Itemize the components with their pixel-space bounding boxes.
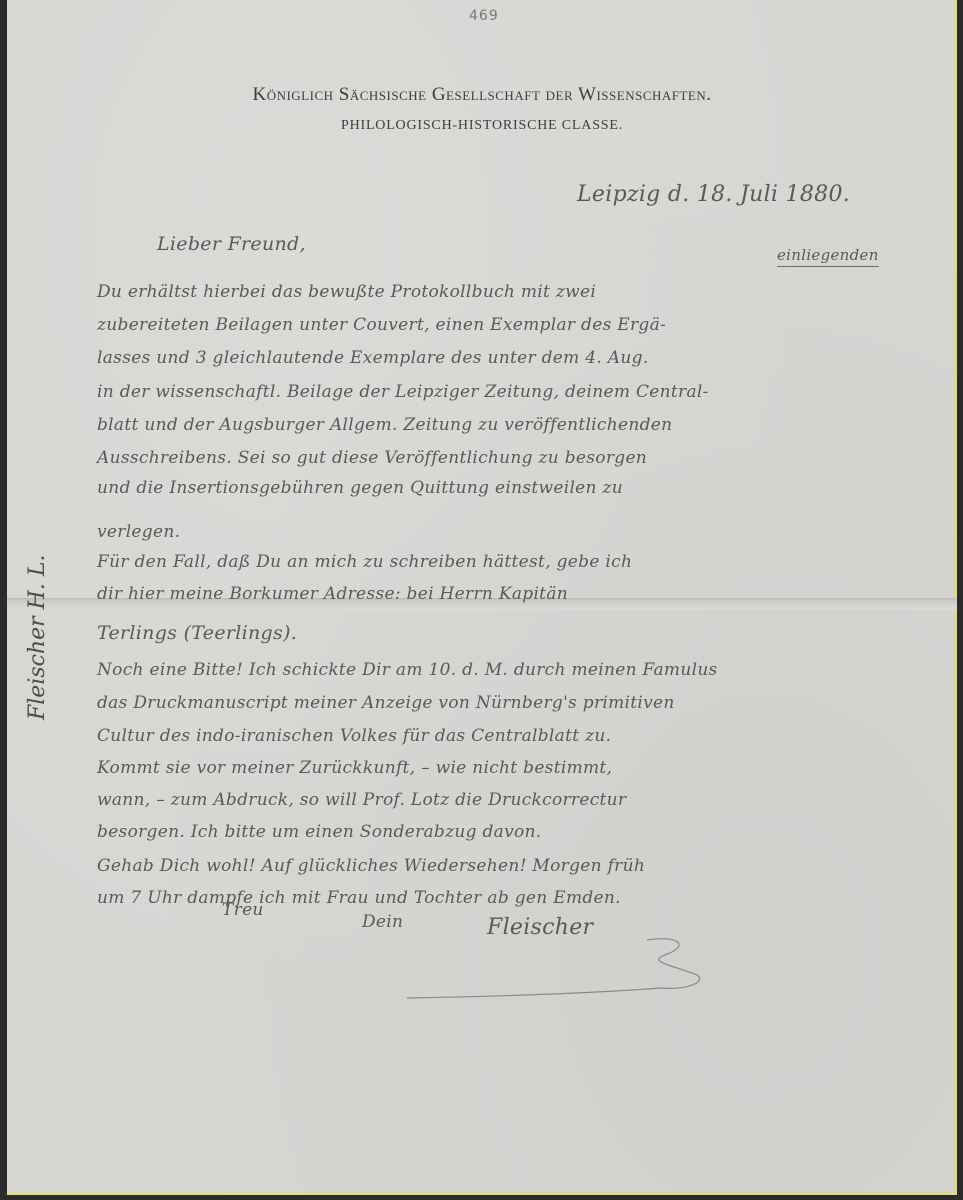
closing-treu: Treu [222,900,264,920]
body-line: Terlings (Teerlings). [97,622,297,644]
signature-flourish-icon [407,920,707,1000]
body-line: zubereiteten Beilagen unter Couvert, ein… [97,315,666,335]
scan-viewport: 469 Königlich Sächsische Gesellschaft de… [0,0,963,1200]
date-line: Leipzig d. 18. Juli 1880. [577,182,850,207]
letter-page: 469 Königlich Sächsische Gesellschaft de… [7,0,957,1195]
body-line: besorgen. Ich bitte um einen Sonderabzug… [97,822,542,842]
margin-note-area: Fleischer H. L. [25,575,65,725]
insertion-note: einliegenden [777,246,879,267]
body-line: Noch eine Bitte! Ich schickte Dir am 10.… [97,660,718,680]
body-line: lasses und 3 gleichlautende Exemplare de… [97,348,649,368]
body-line: blatt und der Augsburger Allgem. Zeitung… [97,415,672,435]
body-line: Für den Fall, daß Du an mich zu schreibe… [97,552,632,572]
body-line: Gehab Dich wohl! Auf glückliches Wieders… [97,856,645,876]
salutation: Lieber Freund, [157,233,306,255]
body-line: Cultur des indo-iranischen Volkes für da… [97,726,611,746]
margin-note: Fleischer H. L. [25,555,50,720]
body-line: das Druckmanuscript meiner Anzeige von N… [97,693,675,713]
body-line: in der wissenschaftl. Beilage der Leipzi… [97,382,709,402]
letterhead-subtitle: PHILOLOGISCH-HISTORISCHE CLASSE. [7,118,957,134]
body-line: Ausschreibens. Sei so gut diese Veröffen… [97,448,647,468]
body-line: und die Insertionsgebühren gegen Quittun… [97,478,623,498]
closing-dein: Dein [362,912,403,932]
body-line: verlegen. [97,522,180,542]
body-line: um 7 Uhr dampfe ich mit Frau und Tochter… [97,888,621,908]
letterhead-title: Königlich Sächsische Gesellschaft der Wi… [7,84,957,106]
body-line: wann, – zum Abdruck, so will Prof. Lotz … [97,790,626,810]
body-line: Kommt sie vor meiner Zurückkunft, – wie … [97,758,612,778]
archive-number: 469 [469,8,499,24]
body-line: dir hier meine Borkumer Adresse: bei Her… [97,584,568,604]
body-line: Du erhältst hierbei das bewußte Protokol… [97,282,596,302]
